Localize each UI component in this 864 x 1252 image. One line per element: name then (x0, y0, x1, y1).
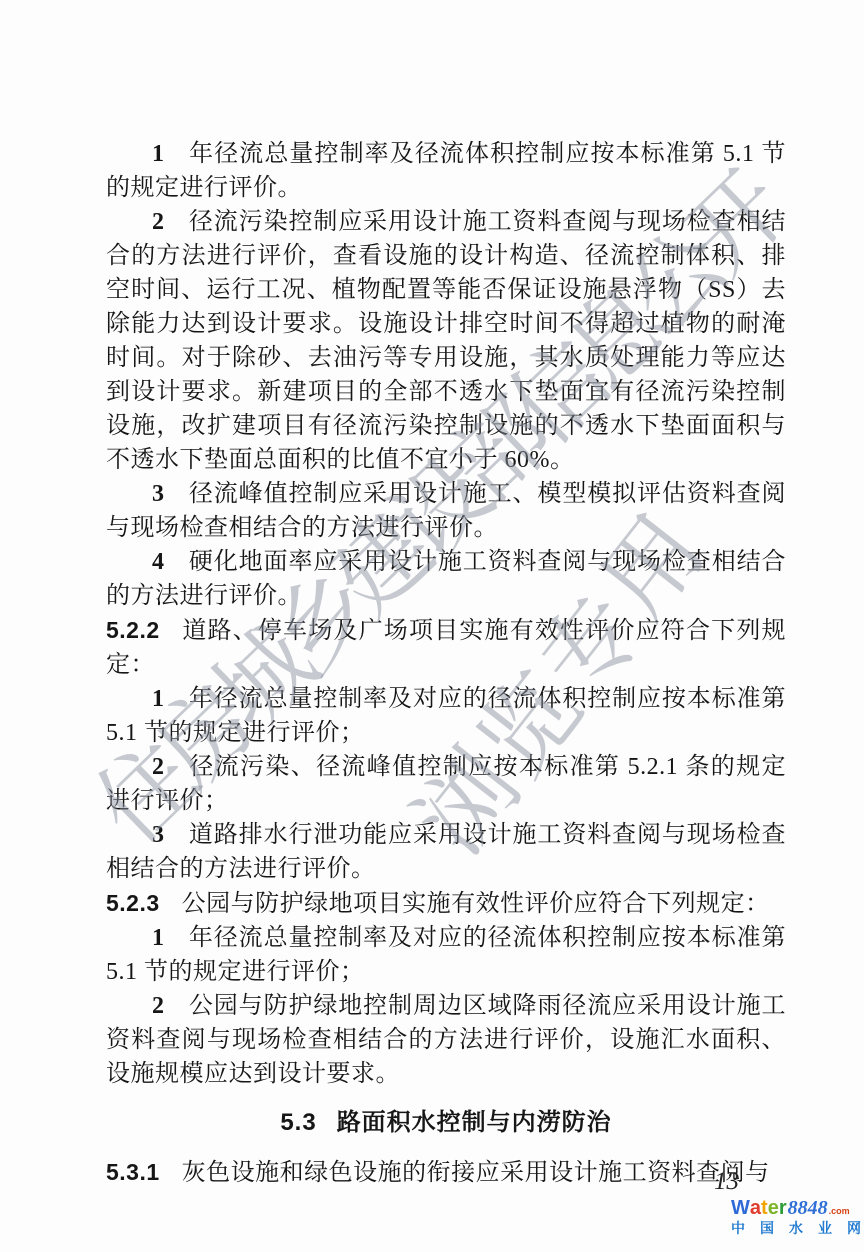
item-text: 年径流总量控制率及对应的径流体积控制应按本标准第 5.1 节的规定进行评价； (106, 686, 786, 746)
item-text: 硬化地面率应采用设计施工资料查阅与现场检查相结合的方法进行评价。 (106, 549, 786, 609)
logo-subtitle-char: 网 (847, 1221, 861, 1235)
logo-word-water: Water (731, 1198, 787, 1218)
logo-subtitle-char: 国 (760, 1221, 774, 1235)
logo-letter: t (761, 1198, 768, 1218)
clause-number: 5.2.2 (106, 617, 160, 643)
logo-subtitle: 中 国 水 业 网 (731, 1221, 861, 1235)
clause-paragraph: 5.2.2道路、停车场及广场项目实施有效性评价应符合下列规定： (106, 613, 786, 682)
item-number: 1 (152, 141, 165, 167)
logo-subtitle-char: 水 (789, 1221, 803, 1235)
section-title: 路面积水控制与内涝防治 (337, 1109, 612, 1136)
logo-letter: W (731, 1198, 750, 1218)
item-text: 公园与防护绿地控制周边区域降雨径流应采用设计施工资料查阅与现场检查相结合的方法进… (106, 993, 786, 1087)
logo-tld-com: .com (829, 1207, 850, 1216)
item-number: 1 (152, 686, 165, 712)
clause-text: 道路、停车场及广场项目实施有效性评价应符合下列规定： (106, 618, 786, 678)
clause-text: 灰色设施和绿色设施的衔接应采用设计施工资料查阅与 (182, 1160, 770, 1186)
logo-subtitle-char: 中 (731, 1221, 745, 1235)
item-paragraph: 1年径流总量控制率及对应的径流体积控制应按本标准第 5.1 节的规定进行评价； (106, 921, 786, 989)
item-paragraph: 3道路排水行泄功能应采用设计施工资料查阅与现场检查相结合的方法进行评价。 (106, 818, 786, 886)
document-body: 1年径流总量控制率及径流体积控制应按本标准第 5.1 节的规定进行评价。 2径流… (106, 137, 786, 1190)
item-text: 径流污染、径流峰值控制应按本标准第 5.2.1 条的规定进行评价； (106, 754, 786, 814)
clause-paragraph: 5.2.3公园与防护绿地项目实施有效性评价应符合下列规定： (106, 886, 786, 921)
item-number: 2 (152, 754, 165, 780)
item-number: 3 (152, 822, 165, 848)
document-page: 1年径流总量控制率及径流体积控制应按本标准第 5.1 节的规定进行评价。 2径流… (0, 0, 864, 1252)
clause-paragraph: 5.3.1灰色设施和绿色设施的衔接应采用设计施工资料查阅与 (106, 1155, 786, 1190)
item-text: 年径流总量控制率及径流体积控制应按本标准第 5.1 节的规定进行评价。 (106, 141, 786, 201)
clause-number: 5.2.3 (106, 890, 160, 916)
page-number: 13 (714, 1168, 739, 1196)
clause-number: 5.3.1 (106, 1159, 160, 1185)
logo-letter: e (768, 1198, 779, 1218)
section-number: 5.3 (280, 1109, 316, 1136)
item-paragraph: 1年径流总量控制率及径流体积控制应按本标准第 5.1 节的规定进行评价。 (106, 137, 786, 205)
item-text: 径流峰值控制应采用设计施工、模型模拟评估资料查阅与现场检查相结合的方法进行评价。 (106, 481, 786, 541)
item-paragraph: 2公园与防护绿地控制周边区域降雨径流应采用设计施工资料查阅与现场检查相结合的方法… (106, 989, 786, 1091)
item-number: 2 (152, 209, 165, 235)
logo-subtitle-char: 业 (818, 1221, 832, 1235)
clause-text: 公园与防护绿地项目实施有效性评价应符合下列规定： (182, 891, 770, 917)
item-number: 4 (152, 549, 165, 575)
logo-letter: a (750, 1198, 761, 1218)
item-paragraph: 1年径流总量控制率及对应的径流体积控制应按本标准第 5.1 节的规定进行评价； (106, 682, 786, 750)
logo-letter: r (779, 1198, 787, 1218)
item-paragraph: 2径流污染控制应采用设计施工资料查阅与现场检查相结合的方法进行评价，查看设施的设… (106, 205, 786, 477)
item-number: 1 (152, 925, 165, 951)
item-number: 2 (152, 993, 165, 1019)
item-paragraph: 4硬化地面率应采用设计施工资料查阅与现场检查相结合的方法进行评价。 (106, 545, 786, 613)
item-paragraph: 2径流污染、径流峰值控制应按本标准第 5.2.1 条的规定进行评价； (106, 750, 786, 818)
section-heading: 5.3路面积水控制与内涝防治 (106, 1105, 786, 1141)
item-paragraph: 3径流峰值控制应采用设计施工、模型模拟评估资料查阅与现场检查相结合的方法进行评价… (106, 477, 786, 545)
logo-number-8848: 8848 (788, 1198, 828, 1218)
water8848-logo: Water 8848 .com 中 国 水 业 网 (731, 1198, 861, 1235)
logo-wordmark: Water 8848 .com (731, 1198, 861, 1218)
item-number: 3 (152, 481, 165, 507)
item-text: 道路排水行泄功能应采用设计施工资料查阅与现场检查相结合的方法进行评价。 (106, 822, 786, 882)
item-text: 径流污染控制应采用设计施工资料查阅与现场检查相结合的方法进行评价，查看设施的设计… (106, 209, 786, 473)
item-text: 年径流总量控制率及对应的径流体积控制应按本标准第 5.1 节的规定进行评价； (106, 925, 786, 985)
